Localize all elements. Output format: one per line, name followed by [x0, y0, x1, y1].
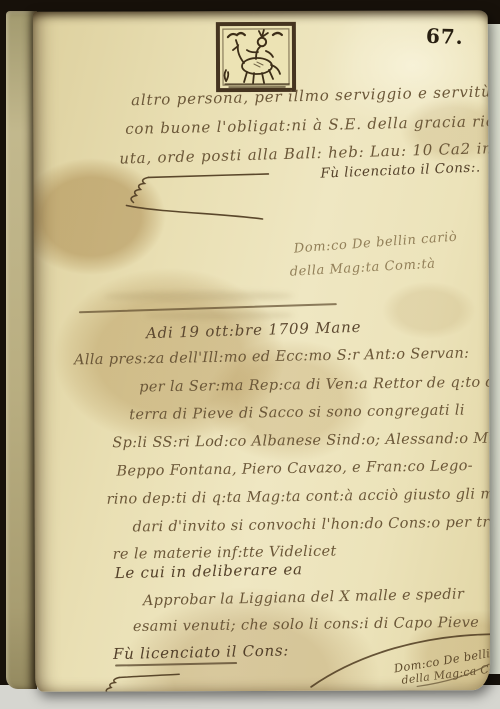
closing-bracket-flourish-icon — [118, 167, 273, 226]
folio-number: 67. — [426, 24, 465, 49]
resolution-heading: Le cui in deliberare ea — [115, 560, 303, 582]
manuscript-line: Approbar la Liggiana del X malle e spedi… — [143, 586, 465, 609]
manuscript-line: rino dep:ti di q:ta Mag:ta cont:à acciò … — [106, 486, 490, 508]
entry-date-line: Adi 19 ott:bre 1709 Mane — [146, 318, 362, 342]
manuscript-line: re le materie inf:tte Videlicet — [113, 544, 337, 563]
dismissal-note: Fù licenciato il Cons: — [113, 641, 289, 663]
ink-bleedthrough — [104, 291, 294, 302]
manuscript-page: 67. altro persona, per illmo serviggio e… — [33, 10, 490, 692]
dismissal-note: Fù licenciato il Cons:. — [320, 159, 481, 181]
manuscript-line: con buone l'obligat:ni à S.E. della grac… — [125, 112, 490, 138]
closing-bracket-flourish-icon — [99, 669, 184, 692]
ink-bleedthrough — [144, 311, 294, 321]
manuscript-line: altro persona, per illmo serviggio e ser… — [131, 82, 490, 109]
manuscript-line: per la Ser:ma Rep:ca di Ven:a Rettor de … — [139, 374, 490, 396]
manuscript-line: Alla pres:za dell'Ill:mo ed Ecc:mo S:r A… — [74, 346, 470, 369]
manuscript-line: dari d'invito si convochi l'hon:do Cons:… — [133, 514, 491, 535]
clerk-signature-line: della Mag:ta Com:tà — [289, 257, 436, 280]
clerk-signature-line: Dom:co De bellin cariò — [293, 230, 458, 257]
dismissal-underline — [115, 662, 237, 667]
manuscript-line: Beppo Fontana, Piero Cavazo, e Fran:co L… — [116, 458, 473, 480]
manuscript-line: Sp:li SS:ri Lod:co Albanese Sind:o; Ales… — [112, 430, 490, 451]
manuscript-photo: { "colors": { "ink": "#6b5738", "ink_dar… — [0, 0, 500, 709]
manuscript-line: terra di Pieve di Sacco si sono congrega… — [129, 403, 465, 424]
